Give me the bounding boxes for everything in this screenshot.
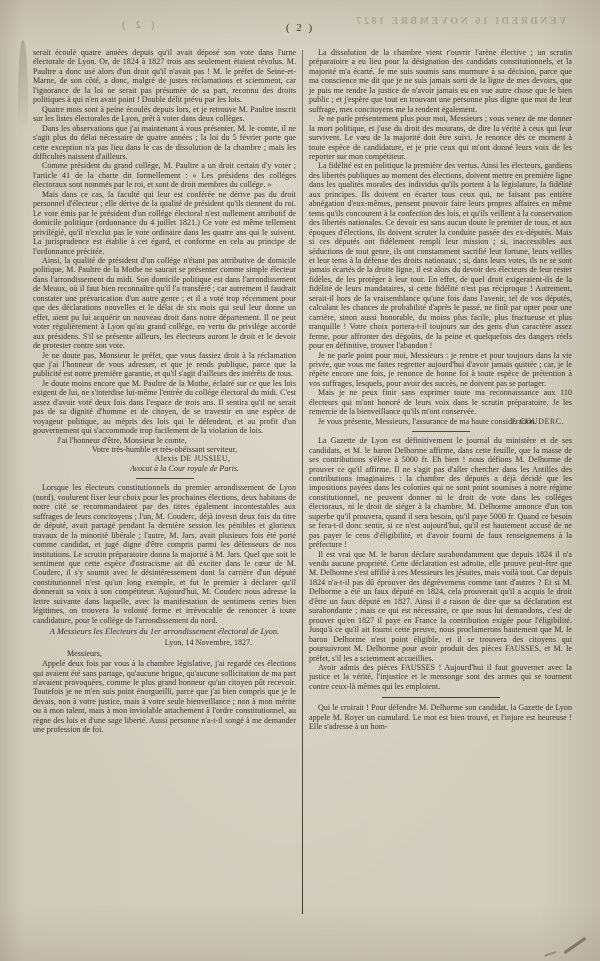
ink-mark	[544, 951, 556, 957]
article-paragraph: Il est vrai que M. le baron déclare sura…	[309, 550, 572, 663]
article-paragraph: Qui le croirait ! Pour défendre M. Delho…	[309, 703, 572, 731]
article-paragraph: La Gazette de Lyon est définitivement le…	[309, 436, 572, 549]
section-divider	[136, 478, 194, 479]
letter-closing-line: Votre très-humble et très-obéissant serv…	[33, 445, 296, 454]
letter-body-paragraph: Appelé deux fois par vous à la chambre l…	[33, 659, 296, 735]
letter-paragraph: Mais je ne peux finir sans exprimer tout…	[309, 388, 572, 416]
paragraph: Mais dans ce cas, la faculté qui leur es…	[33, 190, 296, 256]
right-column: La dissolution de la chambre vient r'ouv…	[309, 48, 572, 928]
letter-salutation: Messieurs,	[33, 649, 296, 658]
letter-address-heading: A Messieurs les Electeurs du 1er arrondi…	[33, 627, 296, 637]
paragraph-continuation: serait écoulé quatre années depuis qu'il…	[33, 48, 296, 105]
paragraph: Je doute moins encore que M. Paultre de …	[33, 379, 296, 436]
newspaper-page: ( 2 ) VENDREDI 16 NOVEMBRE 1827 ( 2 ) se…	[0, 0, 600, 961]
letter-paragraph: Je ne parle point pour moi, Messieurs : …	[309, 351, 572, 389]
two-column-layout: serait écoulé quatre années depuis qu'il…	[33, 48, 573, 928]
paragraph: Je ne doute pas, Monsieur le préfet, que…	[33, 351, 296, 379]
paragraph: Comme président du grand collége, M. Pau…	[33, 161, 296, 189]
letter-closing-line: J'ai l'honneur d'être, Monsieur le comte…	[33, 436, 296, 445]
paragraph: Quatre mois sont à peine écoulés depuis …	[33, 105, 296, 124]
section-divider	[412, 431, 470, 432]
left-column: serait écoulé quatre années depuis qu'il…	[33, 48, 296, 928]
signature-title: Avocat à la Cour royale de Paris.	[33, 464, 296, 473]
paper-smudge	[18, 40, 28, 160]
letter-paragraph: La fidélité est en politique la première…	[309, 161, 572, 350]
article-paragraph: Avoir admis des pièces FAUSSES ! Aujourd…	[309, 663, 572, 691]
letter-date: Lyon, 14 Novembre, 1827.	[33, 638, 296, 647]
paragraph: Ainsi, la qualité de président d'un coll…	[33, 256, 296, 351]
paragraph: Dans les observations que j'ai maintenan…	[33, 124, 296, 162]
column-rule	[302, 50, 303, 914]
editorial-intro-paragraph: Lorsque les électeurs constitutionnels d…	[33, 483, 296, 625]
ink-mark	[563, 937, 586, 954]
page-number: ( 2 )	[0, 22, 600, 34]
signature-name: Alexis DE JUSSIEU,	[33, 454, 296, 463]
section-divider	[382, 697, 500, 698]
letter-paragraph: La dissolution de la chambre vient r'ouv…	[309, 48, 572, 114]
letter-paragraph: Je ne parle présentement plus pour moi, …	[309, 114, 572, 161]
